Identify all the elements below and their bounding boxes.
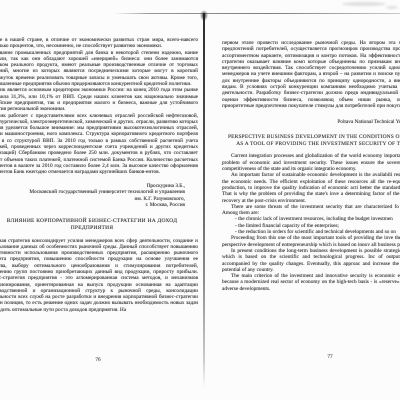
body-paragraph: Current integration processes and global… — [222, 153, 400, 172]
left-page: номике в нашей стране, в отличие от экон… — [0, 37, 198, 313]
right-page: первом этапе провести исследование рыноч… — [222, 40, 400, 292]
body-paragraph: первом этапе провести исследование рыноч… — [222, 40, 400, 109]
affiliation-line: Poltava National Technical Yuri Kondra — [222, 119, 400, 126]
article-title-ru-line1: ВЛИЯНИЕ КОРПОРАТИВНОЙ БИЗНЕС-СТРАТЕГИИ Н… — [0, 218, 198, 225]
body-paragraph: An important factor of sustainable econo… — [222, 172, 400, 203]
scan-smudge — [386, 6, 398, 9]
body-paragraph: номике в нашей стране, в отличие от экон… — [0, 37, 198, 50]
author-city: г. Москва, Россия — [0, 202, 185, 209]
body-paragraph: In present conditions the long-term busi… — [222, 248, 400, 273]
scan-smudge — [342, 2, 386, 6]
body-paragraph: ративная стратегия консолидирует усилия … — [0, 238, 198, 314]
article-title-en-line2: AS A TOOL OF PROVIDING THE INVESTMENT SE… — [222, 141, 400, 148]
body-paragraph: Proceeding from this one of the most imp… — [222, 235, 400, 248]
author-university: Московский государственный университет т… — [0, 189, 185, 196]
page-number-right: 77 — [320, 354, 340, 360]
article-title-en: PERSPECTIVE BUSINESS DEVELOPMENT IN THE … — [222, 134, 400, 148]
body-paragraph: The main criterion of the investment and… — [222, 273, 400, 292]
page-top-edge-line — [114, 13, 400, 14]
page-number-left: 76 — [88, 357, 108, 363]
author-affiliation-block: Проскурина З.Б., Московский государствен… — [0, 183, 198, 209]
scanned-book-spread: номике в нашей стране, в отличие от экон… — [0, 0, 400, 400]
spine-top-mark — [200, 10, 208, 21]
book-spine-line — [203, 13, 205, 388]
body-paragraph: Банк работает с представителями всех клю… — [0, 113, 198, 176]
article-title-ru: ВЛИЯНИЕ КОРПОРАТИВНОЙ БИЗНЕС-СТРАТЕГИИ Н… — [0, 218, 198, 232]
body-paragraph: There are some threats of the investment… — [222, 204, 400, 217]
body-paragraph: банк является основным кредитором эконом… — [0, 87, 198, 112]
body-paragraph: тование промышленных предприятий для бан… — [0, 50, 198, 88]
bullet-item: - the chronic lack of investment resourc… — [235, 216, 400, 222]
article-title-ru-line2: ПРЕДПРИЯТИЯ — [0, 225, 198, 232]
threats-bullet-list: - the chronic lack of investment resourc… — [222, 216, 400, 235]
article-title-en-line1: PERSPECTIVE BUSINESS DEVELOPMENT IN THE … — [222, 134, 400, 141]
